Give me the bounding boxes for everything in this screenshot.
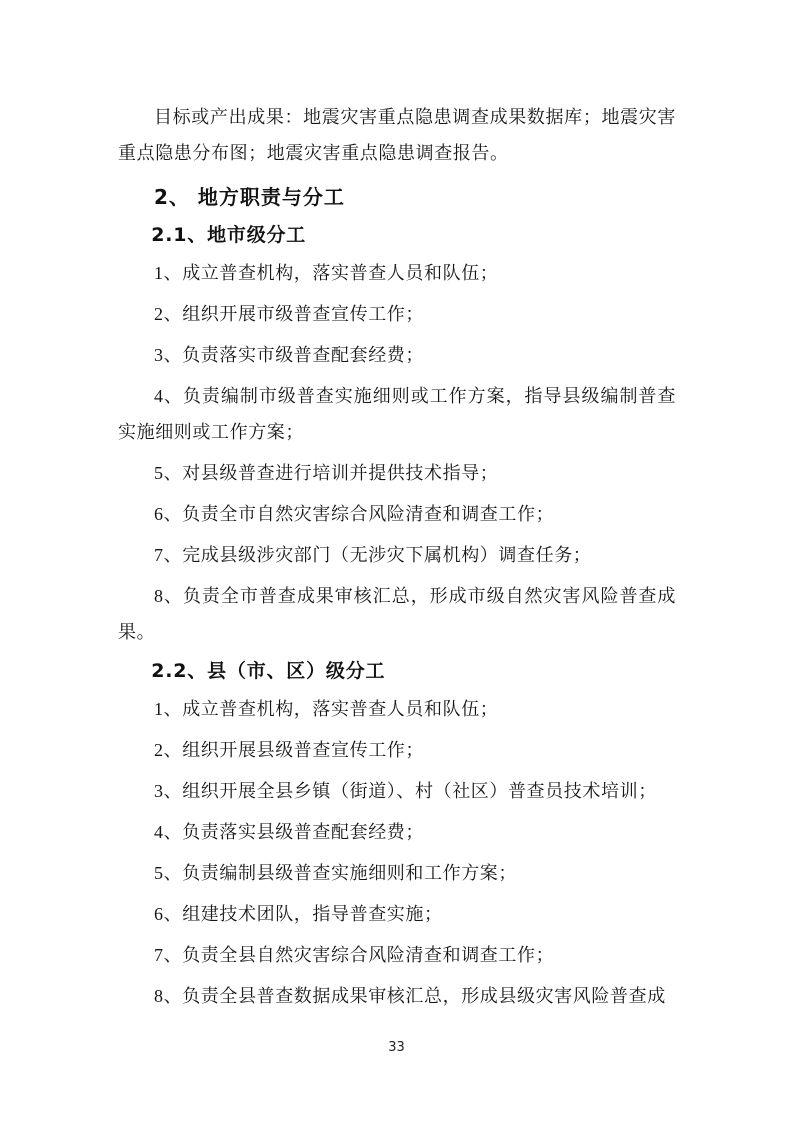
page-number: 33	[0, 1040, 793, 1056]
list-item: 8、负责全县普查数据成果审核汇总，形成县级灾害风险普查成	[118, 978, 676, 1014]
list-item: 6、负责全市自然灾害综合风险清查和调查工作；	[118, 496, 676, 532]
document-page: 目标或产出成果：地震灾害重点隐患调查成果数据库；地震灾害重点隐患分布图；地震灾害…	[0, 0, 793, 1122]
subsection-heading-county: 2.2、县（市、区）级分工	[118, 655, 676, 687]
list-item: 4、负责编制市级普查实施细则或工作方案，指导县级编制普查实施细则或工作方案；	[118, 378, 676, 450]
section-heading: 2、 地方职责与分工	[118, 181, 676, 213]
list-item: 4、负责落实县级普查配套经费；	[118, 814, 676, 850]
list-item: 5、对县级普查进行培训并提供技术指导；	[118, 455, 676, 491]
list-item: 3、负责落实市级普查配套经费；	[118, 337, 676, 373]
document-content: 目标或产出成果：地震灾害重点隐患调查成果数据库；地震灾害重点隐患分布图；地震灾害…	[118, 99, 676, 1019]
list-item: 6、组建技术团队，指导普查实施；	[118, 896, 676, 932]
subsection-heading-city: 2.1、地市级分工	[118, 219, 676, 251]
list-item: 7、完成县级涉灾部门（无涉灾下属机构）调查任务；	[118, 537, 676, 573]
list-item: 1、成立普查机构，落实普查人员和队伍；	[118, 255, 676, 291]
list-item: 7、负责全县自然灾害综合风险清查和调查工作；	[118, 937, 676, 973]
list-item: 3、组织开展全县乡镇（街道）、村（社区）普查员技术培训；	[118, 773, 676, 809]
list-item: 5、负责编制县级普查实施细则和工作方案；	[118, 855, 676, 891]
list-item: 8、负责全市普查成果审核汇总，形成市级自然灾害风险普查成果。	[118, 578, 676, 650]
list-item: 2、组织开展县级普查宣传工作；	[118, 732, 676, 768]
intro-paragraph: 目标或产出成果：地震灾害重点隐患调查成果数据库；地震灾害重点隐患分布图；地震灾害…	[118, 99, 676, 171]
list-item: 1、成立普查机构，落实普查人员和队伍；	[118, 691, 676, 727]
list-item: 2、组织开展市级普查宣传工作；	[118, 296, 676, 332]
